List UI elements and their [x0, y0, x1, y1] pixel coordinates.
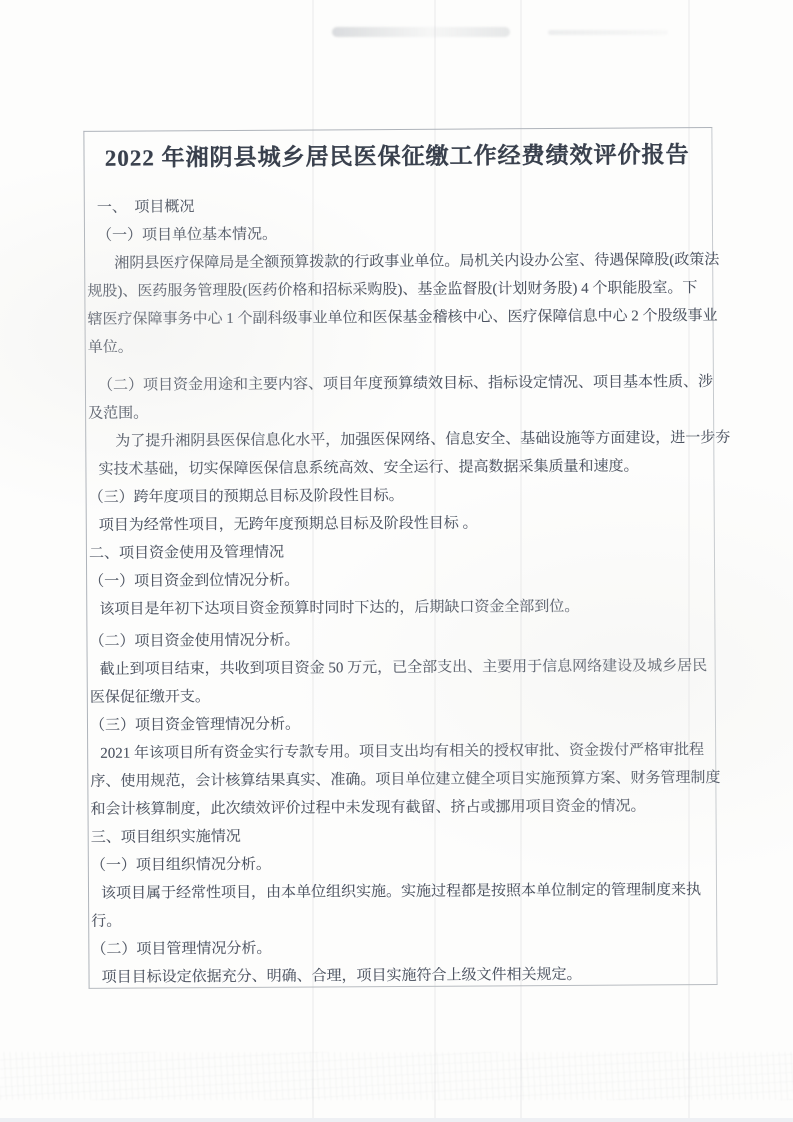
report-line: （一）项目组织情况分析。 [91, 848, 767, 880]
report-line: 辖医疗保障事务中心 1 个副科级事业单位和医保基金稽核中心、医疗保障信息中心 2… [87, 302, 763, 334]
report-line: 二、项目资金使用及管理情况 [89, 536, 765, 568]
report-line: （一）项目资金到位情况分析。 [89, 564, 765, 596]
report-line: （三）跨年度项目的预期总目标及阶段性目标。 [89, 480, 765, 512]
report-line: 三、项目组织实施情况 [91, 820, 767, 852]
report-line: 行。 [91, 904, 767, 936]
report-line: 截止到项目结束，共收到项目资金 50 万元，已全部支出、主要用于信息网络建设及城… [90, 652, 766, 684]
report-line: （二）项目管理情况分析。 [91, 932, 767, 964]
report-line: 实技术基础，切实保障医保信息系统高效、安全运行、提高数据采集质量和速度。 [88, 452, 764, 484]
scanned-page: 2022 年湘阴县城乡居民医保征缴工作经费绩效评价报告 一、 项目概况（一）项目… [0, 0, 793, 1122]
scan-bottom-edge [0, 1118, 793, 1122]
report-line: 项目为经常性项目，无跨年度预期总目标及阶段性目标 。 [89, 508, 765, 540]
report-body: 一、 项目概况（一）项目单位基本情况。湘阴县医疗保障局是全额预算拨款的行政事业单… [87, 190, 768, 992]
report-line: （二）项目资金使用情况分析。 [89, 624, 765, 656]
report-line: 及范围。 [88, 396, 764, 428]
report-line: 规股)、医药服务管理股(医药价格和招标采购股)、基金监督股(计划财务股) 4 个… [87, 274, 763, 306]
report-line: （一）项目单位基本情况。 [87, 218, 763, 250]
report-line: （三）项目资金管理情况分析。 [90, 708, 766, 740]
page-content: 2022 年湘阴县城乡居民医保征缴工作经费绩效评价报告 一、 项目概况（一）项目… [0, 0, 793, 1122]
report-line: 该项目属于经常性项目，由本单位组织实施。实施过程都是按照本单位制定的管理制度来执 [91, 876, 767, 908]
report-line: 2021 年该项目所有资金实行专款专用。项目支出均有相关的授权审批、资金拨付严格… [90, 736, 766, 768]
report-line: 为了提升湘阴县医保信息化水平，加强医保网络、信息安全、基础设施等方面建设，进一步… [88, 424, 764, 456]
report-line: （二）项目资金用途和主要内容、项目年度预算绩效目标、指标设定情况、项目基本性质、… [88, 368, 764, 400]
report-line: 该项目是年初下达项目资金预算时同时下达的，后期缺口资金全部到位。 [89, 592, 765, 624]
report-line: 项目目标设定依据充分、明确、合理，项目实施符合上级文件相关规定。 [91, 960, 767, 992]
scan-noise-band [0, 1052, 793, 1100]
report-line: 湘阴县医疗保障局是全额预算拨款的行政事业单位。局机关内设办公室、待遇保障股(政策… [87, 246, 763, 278]
report-line: 医保促征缴开支。 [90, 680, 766, 712]
report-line: 一、 项目概况 [87, 190, 763, 222]
report-title: 2022 年湘阴县城乡居民医保征缴工作经费绩效评价报告 [83, 136, 710, 173]
report-line: 和会计核算制度，此次绩效评价过程中未发现有截留、挤占或挪用项目资金的情况。 [90, 792, 766, 824]
report-line: 序、使用规范，会计核算结果真实、准确。项目单位建立健全项目实施预算方案、财务管理… [90, 764, 766, 796]
report-line: 单位。 [88, 330, 764, 362]
